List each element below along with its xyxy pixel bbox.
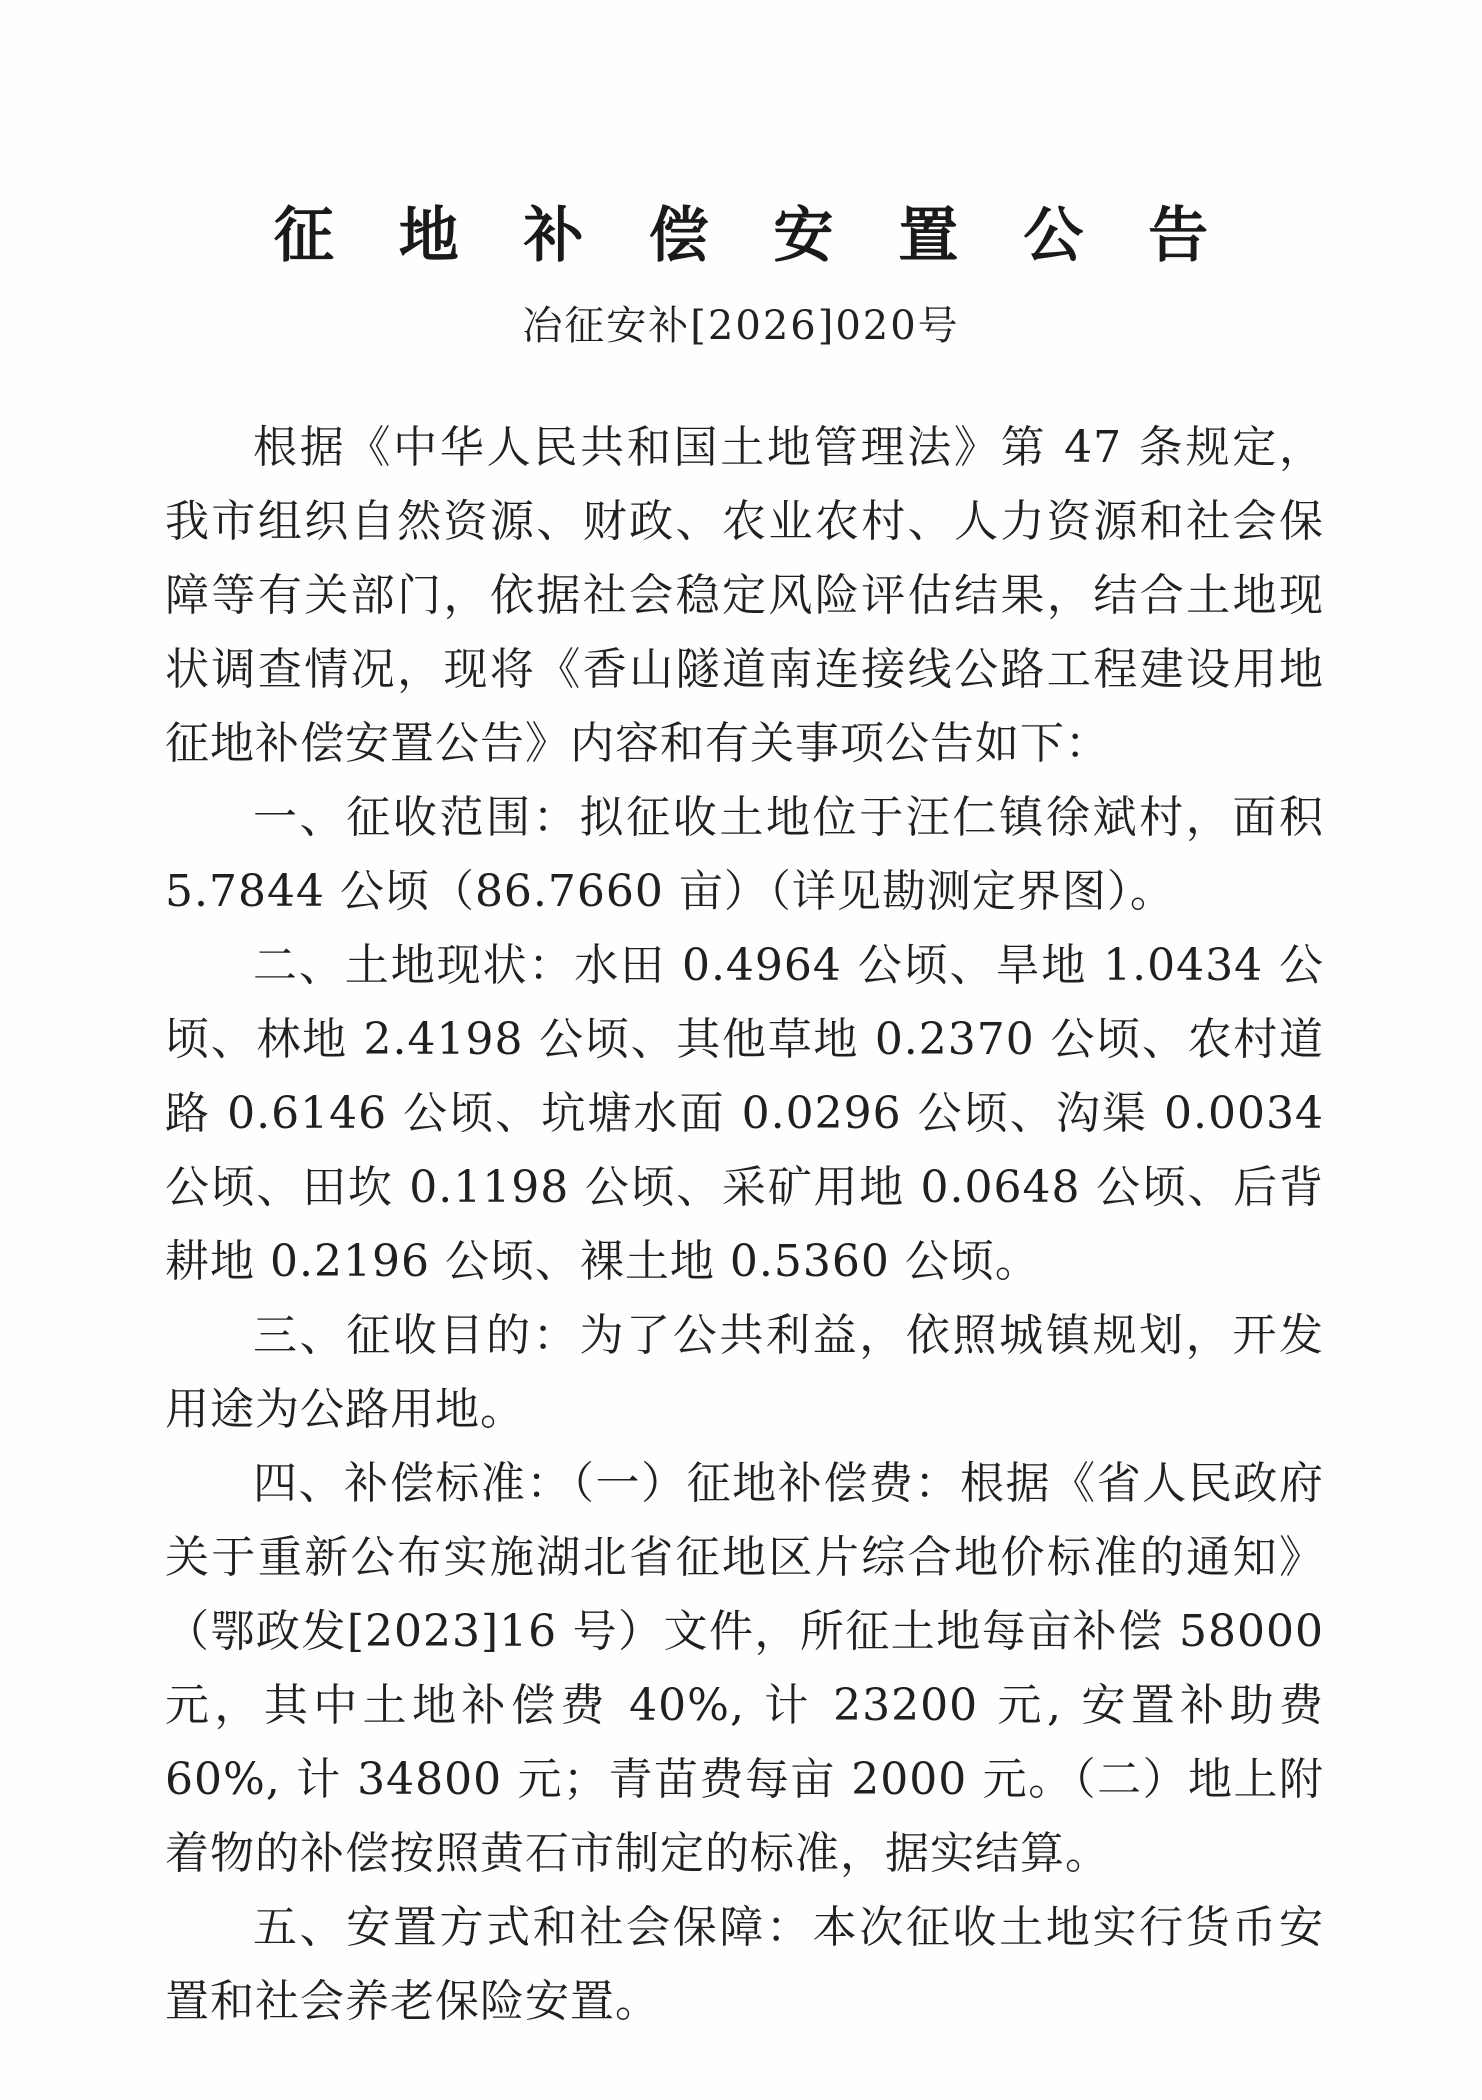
document-page: 征 地 补 偿 安 置 公 告 冶征安补[2026]020号 根据《中华人民共和… [0, 0, 1482, 2100]
page-title: 征 地 补 偿 安 置 公 告 [0, 188, 1482, 274]
paragraph-purpose: 三、征收目的：为了公共利益，依照城镇规划，开发用途为公路用地。 [165, 1299, 1324, 1447]
paragraph-land-status: 二、土地现状：水田 0.4964 公顷、旱地 1.0434 公顷、林地 2.41… [165, 929, 1324, 1299]
document-body: 根据《中华人民共和国土地管理法》第 47 条规定，我市组织自然资源、财政、农业农… [165, 411, 1324, 2039]
paragraph-intro: 根据《中华人民共和国土地管理法》第 47 条规定，我市组织自然资源、财政、农业农… [165, 411, 1324, 781]
paragraph-compensation-standard: 四、补偿标准：（一）征地补偿费：根据《省人民政府关于重新公布实施湖北省征地区片综… [165, 1447, 1324, 1891]
paragraph-scope: 一、征收范围：拟征收土地位于汪仁镇徐斌村，面积 5.7844 公顷（86.766… [165, 781, 1324, 929]
document-number: 冶征安补[2026]020号 [0, 294, 1482, 351]
paragraph-resettlement: 五、安置方式和社会保障：本次征收土地实行货币安置和社会养老保险安置。 [165, 1891, 1324, 2039]
